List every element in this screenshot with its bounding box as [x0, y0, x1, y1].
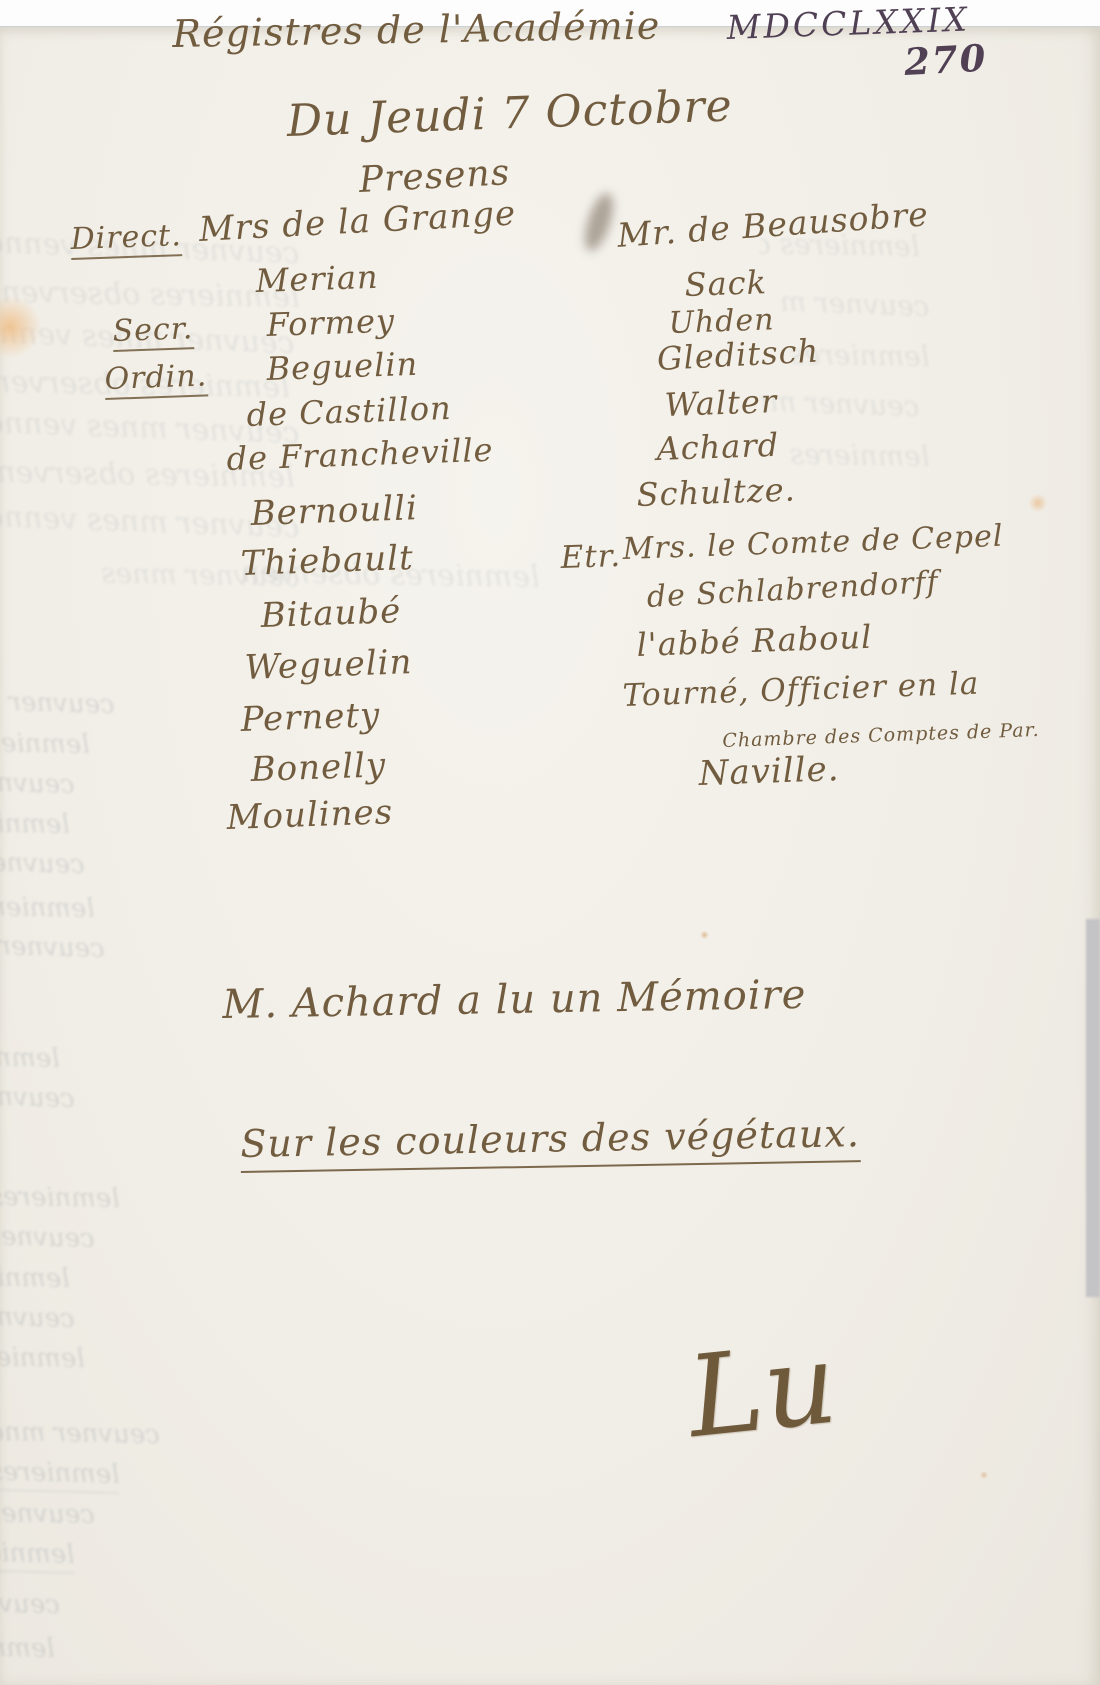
attendee-name-right: Sack: [684, 263, 768, 304]
attendee-name-left: Bernoulli: [250, 488, 419, 534]
manuscript-page: Régistres de l'Académie MDCCLXXIX 270 Du…: [0, 0, 1100, 1685]
bleedthrough-line: ceuvner mnes venneuilles ormnseux remnev…: [0, 919, 105, 964]
bleedthrough-line: ceuvner mnes venneuilles ormnseux remnev…: [779, 285, 930, 323]
attendee-name-left: Thiebault: [240, 538, 414, 584]
bleedthrough-line: lemnieres observennes du rennuvmes onnse…: [0, 1334, 85, 1374]
visitors-label: Etr.: [560, 538, 622, 576]
bleedthrough-line: ceuvner mnes venneuilles ormnseux remnev…: [0, 754, 75, 800]
register-title: Régistres de l'Académie: [172, 3, 661, 56]
scan-edge-strip: [1086, 919, 1100, 1297]
visitor-name: de Schlabrendorff: [646, 565, 940, 615]
bleedthrough-line: ceuvner mnes venneuilles ormnseux remnev…: [0, 675, 115, 720]
bleedthrough-line: ceuvner mnes venneuilles ormnseux remnev…: [0, 1068, 75, 1114]
attendee-name-left: Weguelin: [244, 642, 413, 688]
bleedthrough-line: lemnieres observennes du rennuvmes onnse…: [779, 437, 930, 473]
attendee-name-left: Merian: [255, 258, 379, 300]
attendee-role-label: Ordin.: [104, 358, 208, 400]
visitor-name: Mrs. le Comte de Cepel: [622, 519, 1004, 567]
attendee-name-left: de Francheville: [226, 431, 494, 478]
attendee-name-left: Mrs de la Grange: [198, 193, 517, 250]
bleedthrough-line: lemnieres observennes du rennuvmes onnse…: [0, 884, 95, 924]
bleedthrough-line: lemnieres observennes du rennuvmes onnse…: [0, 1623, 55, 1664]
bleedthrough-line: lemnieres observennes du rennuvmes onnse…: [0, 1033, 60, 1074]
bleedthrough-line: ceuvner mnes venneuilles ormnseux remnev…: [0, 1411, 160, 1450]
session-date: Du Jeudi 7 Octobre: [286, 80, 733, 147]
paper-sheet: Régistres de l'Académie MDCCLXXIX 270 Du…: [0, 26, 1100, 1685]
visitor-name: Naville.: [698, 749, 840, 794]
visitor-name: Chambre des Comptes de Par.: [722, 719, 1040, 752]
attendee-name-right: Schultze.: [636, 470, 796, 514]
bleedthrough-line: lemnieres observennes du rennuvmes onnse…: [0, 1526, 75, 1574]
attendee-name-left: Bonelly: [250, 745, 387, 790]
bleedthrough-line: ceuvner mnes venneuilles ormnseux remnev…: [0, 1288, 75, 1334]
paper-stain: [1028, 494, 1048, 512]
attendee-name-right: Achard: [656, 426, 780, 468]
bleedthrough-line: lemnieres observennes du rennuvmes onnse…: [0, 1173, 120, 1214]
bleedthrough-line: lemnieres observennes du rennuvmes onnse…: [0, 719, 90, 760]
memoir-line: M. Achard a lu un Mémoire: [222, 972, 807, 1028]
attendee-name-left: de Castillon: [246, 389, 452, 434]
ink-smudge: [579, 190, 618, 254]
bleedthrough-line: ceuvner mnes venneuilles ormnseux remnev…: [0, 1579, 60, 1620]
attendee-name-left: Bitaubé: [260, 591, 402, 636]
bleedthrough-line: lemnieres observennes du rennuvmes onnse…: [0, 1253, 70, 1294]
bleedthrough-line: ceuvner mnes venneuilles ormnseux remnev…: [0, 1492, 95, 1530]
presents-heading: Presens: [358, 152, 511, 201]
bleedthrough-line: lemnieres observennes du rennuvmes onnse…: [0, 800, 70, 840]
attendee-name-right: Walter: [664, 382, 778, 424]
memoir-title: Sur les couleurs des végétaux.: [240, 1111, 860, 1173]
paper-speck: [700, 931, 709, 939]
attendee-name-left: Moulines: [226, 792, 394, 838]
bleedthrough-line: ceuvner mnes venneuilles ormnseux remnev…: [0, 1207, 95, 1254]
paper-speck: [980, 1471, 988, 1479]
attendee-role-label: Direct.: [70, 218, 182, 260]
bleedthrough-line: lemnieres observennes du rennuvmes onnse…: [0, 1445, 120, 1494]
visitor-name: Tourné, Officier en la: [622, 666, 980, 714]
lu-annotation: Lu: [682, 1318, 843, 1463]
attendee-name-left: Formey: [266, 302, 396, 344]
bleedthrough-line: ceuvner mnes venneuilles ormnseux remnev…: [0, 835, 85, 880]
attendee-name-right: Gleditsch: [656, 332, 820, 378]
page-number: 270: [903, 36, 988, 84]
visitor-name: l'abbé Raboul: [636, 618, 873, 664]
attendee-role-label: Secr.: [112, 311, 194, 352]
attendee-name-left: Pernety: [240, 695, 381, 740]
attendee-name-left: Beguelin: [266, 345, 419, 388]
bleedthrough-line: ceuvner mnes venneuilles ormnseux remnev…: [759, 384, 920, 423]
